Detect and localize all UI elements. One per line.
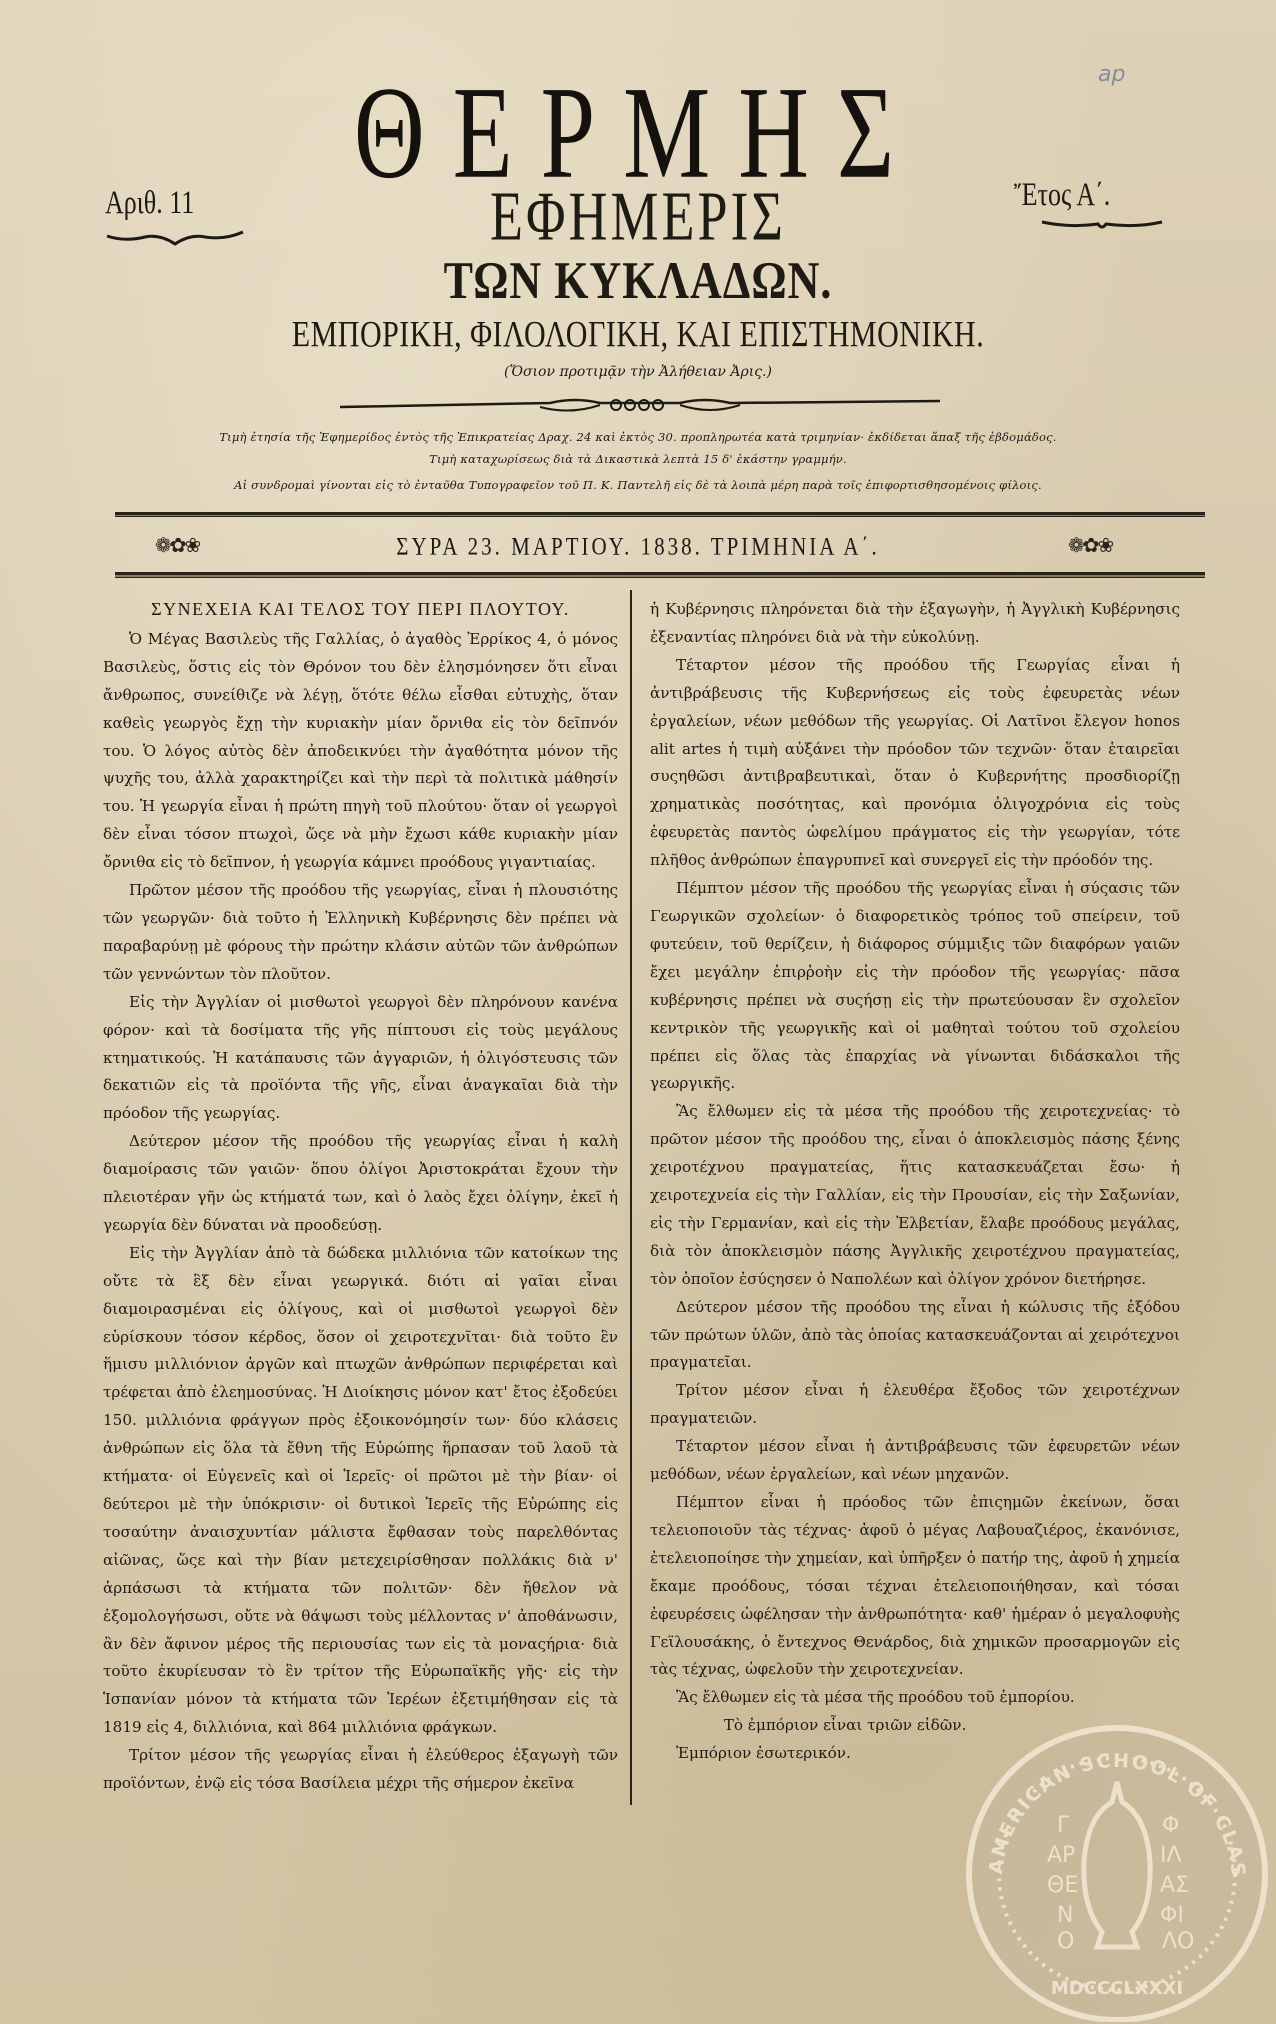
subtitle-ephemeris: ΕΦΗΜΕΡΙΣ	[0, 176, 1276, 257]
price-info: Τιμὴ ἐτησία τῆς Ἐφημερίδος ἐντὸς τῆς Ἐπι…	[0, 430, 1276, 444]
library-seal-stamp-icon: AMERICAN SCHOOL OF CLASSICAL STUDIES AT …	[962, 1722, 1272, 2022]
paragraph: Ὁ Μέγας Βασιλεὺς τῆς Γαλλίας, ὁ ἀγαθὸς Ἐ…	[103, 626, 618, 877]
svg-text:Γ: Γ	[1057, 1813, 1070, 1838]
svg-text:ΘΕ: ΘΕ	[1047, 1873, 1078, 1898]
left-column: ΣΥΝΕΧΕΙΑ ΚΑΙ ΤΕΛΟΣ ΤΟΥ ΠΕΡΙ ΠΛΟΥΤΟΥ. Ὁ Μ…	[103, 596, 618, 1798]
column-divider	[630, 590, 632, 1805]
svg-text:ΑΡ: ΑΡ	[1047, 1843, 1075, 1868]
paragraph: Εἰς τὴν Ἀγγλίαν οἱ μισθωτοὶ γεωργοὶ δὲν …	[103, 989, 618, 1129]
article-headline: ΣΥΝΕΧΕΙΑ ΚΑΙ ΤΕΛΟΣ ΤΟΥ ΠΕΡΙ ΠΛΟΥΤΟΥ.	[103, 596, 618, 624]
svg-text:MDCCCLXXXI: MDCCCLXXXI	[1051, 1978, 1183, 1999]
rule-top	[115, 512, 1205, 517]
ad-rate-info: Τιμὴ καταχωρίσεως διὰ τὰ Δικαστικὰ λεπτὰ…	[0, 452, 1276, 466]
pencil-annotation: ap	[1098, 62, 1125, 87]
motto: (Ὅσιον προτιμᾷν τὴν Ἀλήθειαν Ἀρις.)	[0, 364, 1276, 380]
svg-text:Ο: Ο	[1057, 1929, 1074, 1954]
paragraph: Τρίτον μέσον εἶναι ἡ ἐλευθέρα ἔξοδος τῶν…	[650, 1377, 1180, 1433]
svg-text:ΑΣ: ΑΣ	[1160, 1873, 1189, 1898]
paragraph: Τέταρτον μέσον εἶναι ἡ ἀντιβράβευσις τῶν…	[650, 1433, 1180, 1489]
svg-text:Ν: Ν	[1057, 1903, 1073, 1928]
subtitle-cyclades: ΤΩΝ ΚΥΚΛΑΔΩΝ.	[0, 250, 1276, 311]
paragraph: Δεύτερον μέσον τῆς προόδου τῆς γεωργίας …	[103, 1128, 618, 1240]
paragraph: ἡ Κυβέρνησις πληρόνεται διὰ τὴν ἐξαγωγὴν…	[650, 596, 1180, 652]
paragraph: Τέταρτον μέσον τῆς προόδου τῆς Γεωργίας …	[650, 652, 1180, 875]
svg-text:ΛΟ: ΛΟ	[1162, 1929, 1194, 1954]
subscription-info: Αἱ συνδρομαὶ γίνονται εἰς τὸ ἐνταῦθα Τυπ…	[0, 478, 1276, 492]
newspaper-page: ΘΕΡΜΗΣ ap Αριθ. 11 Ἔτος Α΄. ΕΦΗΜΕΡΙΣ ΤΩΝ…	[0, 0, 1276, 2024]
rule-bottom	[115, 572, 1205, 578]
svg-text:ΙΛ: ΙΛ	[1160, 1843, 1182, 1868]
svg-text:ΦΙ: ΦΙ	[1160, 1903, 1184, 1928]
paragraph: Εἰς τὴν Ἀγγλίαν ἀπὸ τὰ δώδεκα μιλλιόνια …	[103, 1240, 618, 1742]
dateline-ornament-right-icon: ❁✿❀	[1068, 533, 1112, 557]
paragraph: Τρίτον μέσον τῆς γεωργίας εἶναι ἡ ἐλεύθε…	[103, 1742, 618, 1798]
right-column: ἡ Κυβέρνησις πληρόνεται διὰ τὴν ἐξαγωγὴν…	[650, 596, 1180, 1768]
paragraph: Ἂς ἔλθωμεν εἰς τὰ μέσα τῆς προόδου τῆς χ…	[650, 1098, 1180, 1293]
paragraph: Δεύτερον μέσον τῆς προόδου της εἶναι ἡ κ…	[650, 1294, 1180, 1378]
paragraph: Πρῶτον μέσον τῆς προόδου τῆς γεωργίας, ε…	[103, 877, 618, 989]
svg-text:Φ: Φ	[1162, 1813, 1179, 1838]
paragraph: Ἂς ἔλθωμεν εἰς τὰ μέσα τῆς προόδου τοῦ ἐ…	[650, 1684, 1180, 1712]
paragraph: Πέμπτον εἶναι ἡ πρόοδος τῶν ἐπιςημῶν ἐκε…	[650, 1489, 1180, 1684]
ornamental-rule-icon	[340, 393, 940, 417]
subtitle-descriptor: ΕΜΠΟΡΙΚΗ, ΦΙΛΟΛΟΓΙΚΗ, ΚΑΙ ΕΠΙΣΤΗΜΟΝΙΚΗ.	[0, 314, 1276, 357]
paragraph: Πέμπτον μέσον τῆς προόδου τῆς γεωργίας ε…	[650, 875, 1180, 1098]
